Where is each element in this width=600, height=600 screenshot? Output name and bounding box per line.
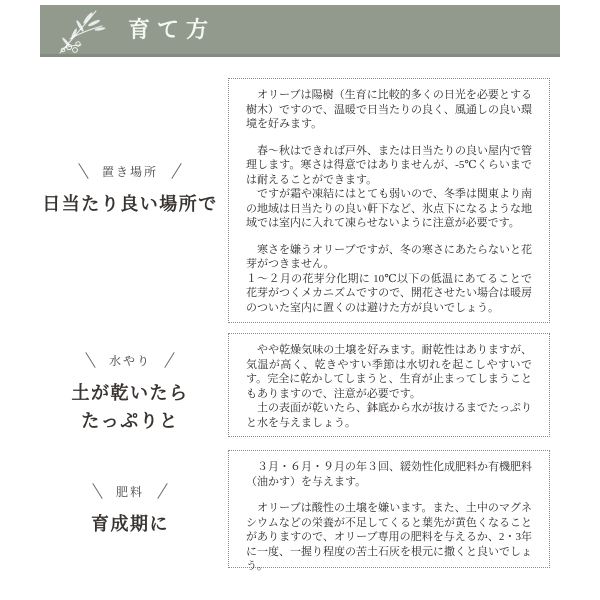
heading-line: 土が乾いたら — [40, 379, 220, 407]
section-tag-row: 肥料 — [40, 480, 220, 502]
section-label-placement: 置き場所 日当たり良い場所で — [40, 160, 220, 218]
paragraph: やや乾燥気味の土壌を好みます。耐乾性はありますが、気温が高く、乾きやすい季節は水… — [246, 343, 532, 401]
slash-right-decor-icon — [164, 352, 174, 368]
heading-line: 日当たり良い場所で — [40, 190, 220, 218]
header-band: 育て方 — [40, 5, 560, 57]
page: 育て方 置き場所 日当たり良い場所で 水やり 土が乾いたら たっぷりと 肥料 — [0, 0, 600, 600]
care-box-placement: オリーブは陽樹（生育に比較的多くの日光を必要とする樹木）ですので、温暖で日当たり… — [228, 78, 550, 323]
paragraph: 春〜秋はできれば戸外、または日当たりの良い屋内で管理します。寒さは得意ではありま… — [246, 144, 532, 188]
care-box-fertilizer: ３月・６月・９月の年３回、緩効性化成肥料か有機肥料（油かす）を与えます。 オリー… — [228, 450, 550, 568]
section-tag-label: 水やり — [109, 352, 151, 369]
section-tag-row: 水やり — [40, 349, 220, 371]
paragraph: ３月・６月・９月の年３回、緩効性化成肥料か有機肥料（油かす）を与えます。 — [246, 460, 532, 489]
section-tag-label: 肥料 — [116, 483, 144, 500]
paragraph: １〜２月の花芽分化期に 10℃以下の低温にあてることで花芽がつくメカニズムですの… — [246, 272, 532, 316]
care-box-watering: やや乾燥気味の土壌を好みます。耐乾性はありますが、気温が高く、乾きやすい季節は水… — [228, 333, 550, 437]
slash-left-decor-icon — [78, 163, 88, 179]
section-heading: 育成期に — [40, 510, 220, 538]
section-label-watering: 水やり 土が乾いたら たっぷりと — [40, 349, 220, 435]
page-title: 育て方 — [128, 19, 215, 41]
section-heading: 土が乾いたら たっぷりと — [40, 379, 220, 435]
section-tag-label: 置き場所 — [102, 163, 158, 180]
heading-line: 育成期に — [40, 510, 220, 538]
paragraph: 寒さを嫌うオリーブですが、冬の寒さにあたらないと花芽がつきません。 — [246, 243, 532, 272]
slash-left-decor-icon — [85, 352, 95, 368]
section-label-fertilizer: 肥料 育成期に — [40, 480, 220, 538]
slash-right-decor-icon — [171, 163, 181, 179]
paragraph: オリーブは陽樹（生育に比較的多くの日光を必要とする樹木）ですので、温暖で日当たり… — [246, 88, 532, 132]
section-heading: 日当たり良い場所で — [40, 190, 220, 218]
heading-line: たっぷりと — [40, 407, 220, 435]
paragraph: オリーブは酸性の土壌を嫌います。また、土中のマグネシウムなどの栄養が不足してくる… — [246, 501, 532, 574]
slash-right-decor-icon — [157, 483, 167, 499]
olive-branch-icon — [50, 6, 112, 56]
section-tag-row: 置き場所 — [40, 160, 220, 182]
paragraph: 土の表面が乾いたら、鉢底から水が抜けるまでたっぷりと水を与えましょう。 — [246, 401, 532, 430]
paragraph: ですが霜や凍結にはとても弱いので、冬季は関東より南の地域は日当たりの良い軒下など… — [246, 187, 532, 231]
slash-left-decor-icon — [92, 483, 102, 499]
